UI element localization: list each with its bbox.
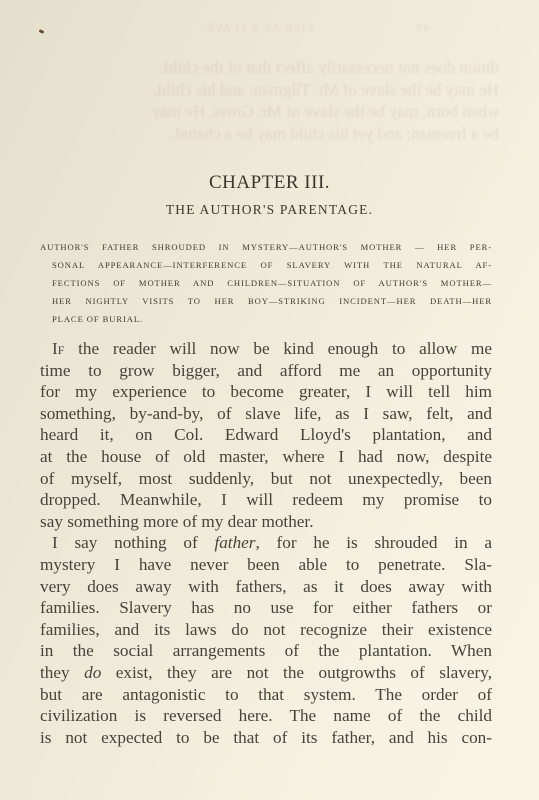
paper-speck	[39, 29, 45, 34]
text-line: of myself, most suddenly, but not unexpe…	[40, 468, 492, 490]
text-line: for my experience to become greater, I w…	[40, 381, 492, 403]
text-line: but are antagonistic to that system. The…	[40, 684, 492, 706]
bleed-through-line: He may be the slave of Mr. Tilgman; and …	[44, 80, 499, 100]
text-line: say something more of my dear mother.	[40, 511, 492, 533]
dropcap: If	[52, 339, 64, 358]
paragraph-1-first-line: If the reader will now be kind enough to…	[40, 338, 492, 360]
text-line: they do exist, they are not the outgrowt…	[40, 662, 492, 684]
synopsis-line: AUTHOR'S FATHER SHROUDED IN MYSTERY—AUTH…	[40, 238, 492, 256]
text-line: families. Slavery has no use for either …	[40, 597, 492, 619]
synopsis-line: FECTIONS OF MOTHER AND CHILDREN—SITUATIO…	[40, 274, 492, 292]
text-line: dropped. Meanwhile, I will redeem my pro…	[40, 489, 492, 511]
bleed-through-line: when born, may be the slave of Mr. Gross…	[44, 102, 499, 122]
text-line: time to grow bigger, and afford me an op…	[40, 360, 492, 382]
bleed-through-line: dition does not necessarily affect that …	[44, 58, 499, 78]
paragraph-2-first-line: I say nothing of father, for he is shrou…	[40, 532, 492, 554]
chapter-subtitle: THE AUTHOR'S PARENTAGE.	[0, 202, 539, 218]
bleed-through-page-number: 49	[415, 22, 429, 34]
synopsis-line: HER NIGHTLY VISITS TO HER BOY—STRIKING I…	[40, 292, 492, 310]
book-page: 49 LIFE AS A SLAVE. dition does not nece…	[0, 0, 539, 800]
chapter-title: CHAPTER III.	[0, 172, 539, 194]
synopsis-line: SONAL APPEARANCE—INTERFERENCE OF SLAVERY…	[40, 256, 492, 274]
text-line: mystery I have never been able to penetr…	[40, 554, 492, 576]
text-line: heard it, on Col. Edward Lloyd's plantat…	[40, 424, 492, 446]
synopsis-line: PLACE OF BURIAL.	[40, 310, 492, 328]
text-line: families, and its laws do not recognize …	[40, 619, 492, 641]
emphasis-do: do	[84, 663, 101, 682]
body-text: If the reader will now be kind enough to…	[40, 338, 492, 748]
bleed-through-header: 49 LIFE AS A SLAVE.	[99, 22, 429, 34]
emphasis-father: father	[214, 533, 255, 552]
bleed-through-line: be a freeman; and yet his child may be a…	[44, 124, 499, 144]
text-line: very does away with fathers, as it does …	[40, 576, 492, 598]
text-line: in the social arrangements of the planta…	[40, 640, 492, 662]
text-line: at the house of old master, where I had …	[40, 446, 492, 468]
text-line: something, by-and-by, of slave life, as …	[40, 403, 492, 425]
text-line: civilization is reversed here. The name …	[40, 705, 492, 727]
bleed-through-running-title: LIFE AS A SLAVE.	[201, 22, 313, 34]
text-line: is not expected to be that of its father…	[40, 727, 492, 749]
chapter-synopsis: AUTHOR'S FATHER SHROUDED IN MYSTERY—AUTH…	[40, 238, 492, 328]
